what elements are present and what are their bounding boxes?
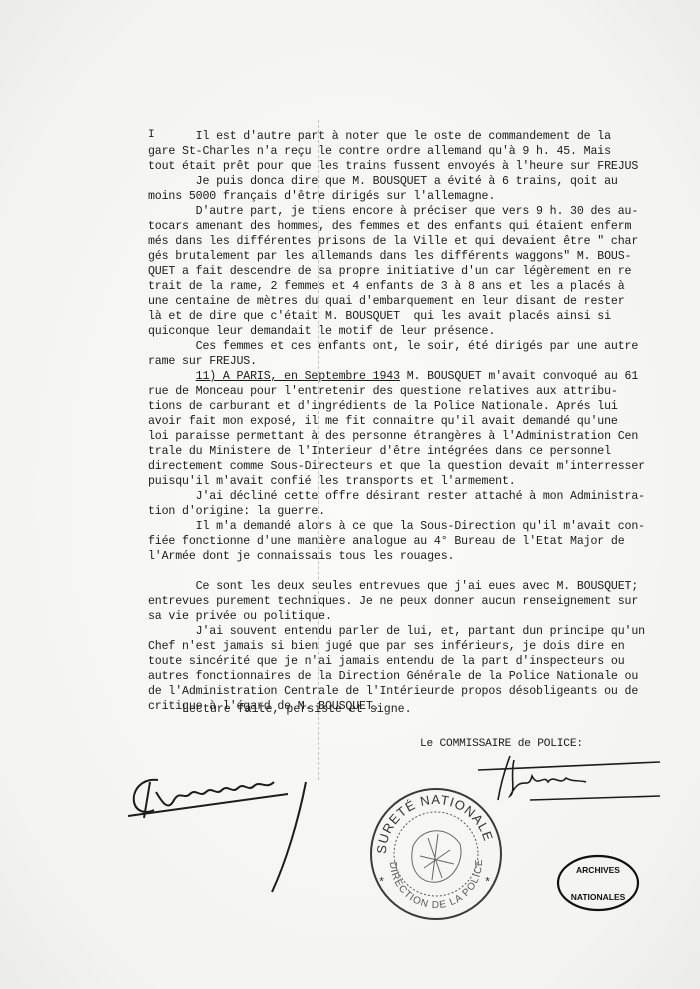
text-line: trale du Ministere de l'Interieur d'être… xyxy=(148,444,688,459)
svg-text:SURETÉ NATIONALE: SURETÉ NATIONALE xyxy=(374,792,496,854)
signature-left xyxy=(128,772,328,902)
text-line: Il m'a demandé alors à ce que la Sous-Di… xyxy=(148,519,688,534)
text-line: tion d'origine: la guerre. xyxy=(148,504,688,519)
text-line: sa vie privée ou politique. xyxy=(148,609,688,624)
text-line: rame sur FREJUS. xyxy=(148,354,688,369)
text-line: puisqu'il m'avait confié les transports … xyxy=(148,474,688,489)
text-line: tocars amenant des hommes, des femmes et… xyxy=(148,219,688,234)
underlined-date-place: 11) A PARIS, en Septembre 1943 xyxy=(196,370,400,383)
svg-text:DIRECTION DE LA POLICE: DIRECTION DE LA POLICE xyxy=(387,858,485,911)
text-line: l'Armée dont je connaissais tous les rou… xyxy=(148,549,688,564)
text-line: fiée fonctionne d'une manière analogue a… xyxy=(148,534,688,549)
text-line: toute sincérité que je n'ai jamais enten… xyxy=(148,654,688,669)
text-line: J'ai souvent entendu parler de lui, et, … xyxy=(148,624,688,639)
svg-text:*: * xyxy=(484,876,491,890)
text-line: gés brutalement par les allemands dans l… xyxy=(148,249,688,264)
text-line: Chef n'est jamais si bien jugé que par s… xyxy=(148,639,688,654)
section-11-heading-line: 11) A PARIS, en Septembre 1943 M. BOUSQU… xyxy=(148,369,688,384)
text-line: QUET a fait descendre de sa propre initi… xyxy=(148,264,688,279)
text-line: là et de dire que c'était M. BOUSQUET qu… xyxy=(148,309,688,324)
svg-text:*: * xyxy=(378,876,385,890)
text-line: gare St-Charles n'a reçu le contre ordre… xyxy=(148,144,688,159)
paragraph-gap xyxy=(148,564,688,579)
typed-body: Il est d'autre part à noter que le oste … xyxy=(148,129,688,714)
svg-text:NATIONALES: NATIONALES xyxy=(571,892,626,902)
text-line: D'autre part, je tiens encore à préciser… xyxy=(148,204,688,219)
svg-text:ARCHIVES: ARCHIVES xyxy=(576,865,620,875)
archives-nationales-stamp: ARCHIVES NATIONALES xyxy=(556,853,640,913)
text-line: tout était prêt pour que les trains fuss… xyxy=(148,159,688,174)
text-line: Ce sont les deux seules entrevues que j'… xyxy=(148,579,688,594)
text-line: moins 5000 français d'être dirigés sur l… xyxy=(148,189,688,204)
text-line: quiconque leur demandait le motif de leu… xyxy=(148,324,688,339)
text-line: une centaine de mètres du quai d'embarqu… xyxy=(148,294,688,309)
text-line: rue de Monceau pour l'entretenir des que… xyxy=(148,384,688,399)
margin-mark: I xyxy=(148,129,155,141)
text-line: J'ai décliné cette offre désirant rester… xyxy=(148,489,688,504)
text-line: avoir fait mon exposé, il me fit connait… xyxy=(148,414,688,429)
text-line: més dans les différentes prisons de la V… xyxy=(148,234,688,249)
closing-formula: Lecture faite, persiste et signe. xyxy=(182,703,412,716)
text-line: autres fonctionnaires de la Direction Gé… xyxy=(148,669,688,684)
text-line: trait de la rame, 2 femmes et 4 enfants … xyxy=(148,279,688,294)
text-line: Je puis donca dire que M. BOUSQUET a évi… xyxy=(148,174,688,189)
signatory-title: Le COMMISSAIRE de POLICE: xyxy=(420,738,583,750)
surete-nationale-seal: SURETÉ NATIONALE DIRECTION DE LA POLICE … xyxy=(368,786,504,922)
text-line: Il est d'autre part à noter que le oste … xyxy=(148,129,688,144)
text-line: entrevues purement techniques. Je ne peu… xyxy=(148,594,688,609)
text-line: de l'Administration Centrale de l'Intéri… xyxy=(148,684,688,699)
text-line: directement comme Sous-Directeurs et que… xyxy=(148,459,688,474)
text-line: tions de carburant et d'ingrédients de l… xyxy=(148,399,688,414)
text-line: Ces femmes et ces enfants ont, le soir, … xyxy=(148,339,688,354)
text-line: loi paraisse permettant à des personne é… xyxy=(148,429,688,444)
